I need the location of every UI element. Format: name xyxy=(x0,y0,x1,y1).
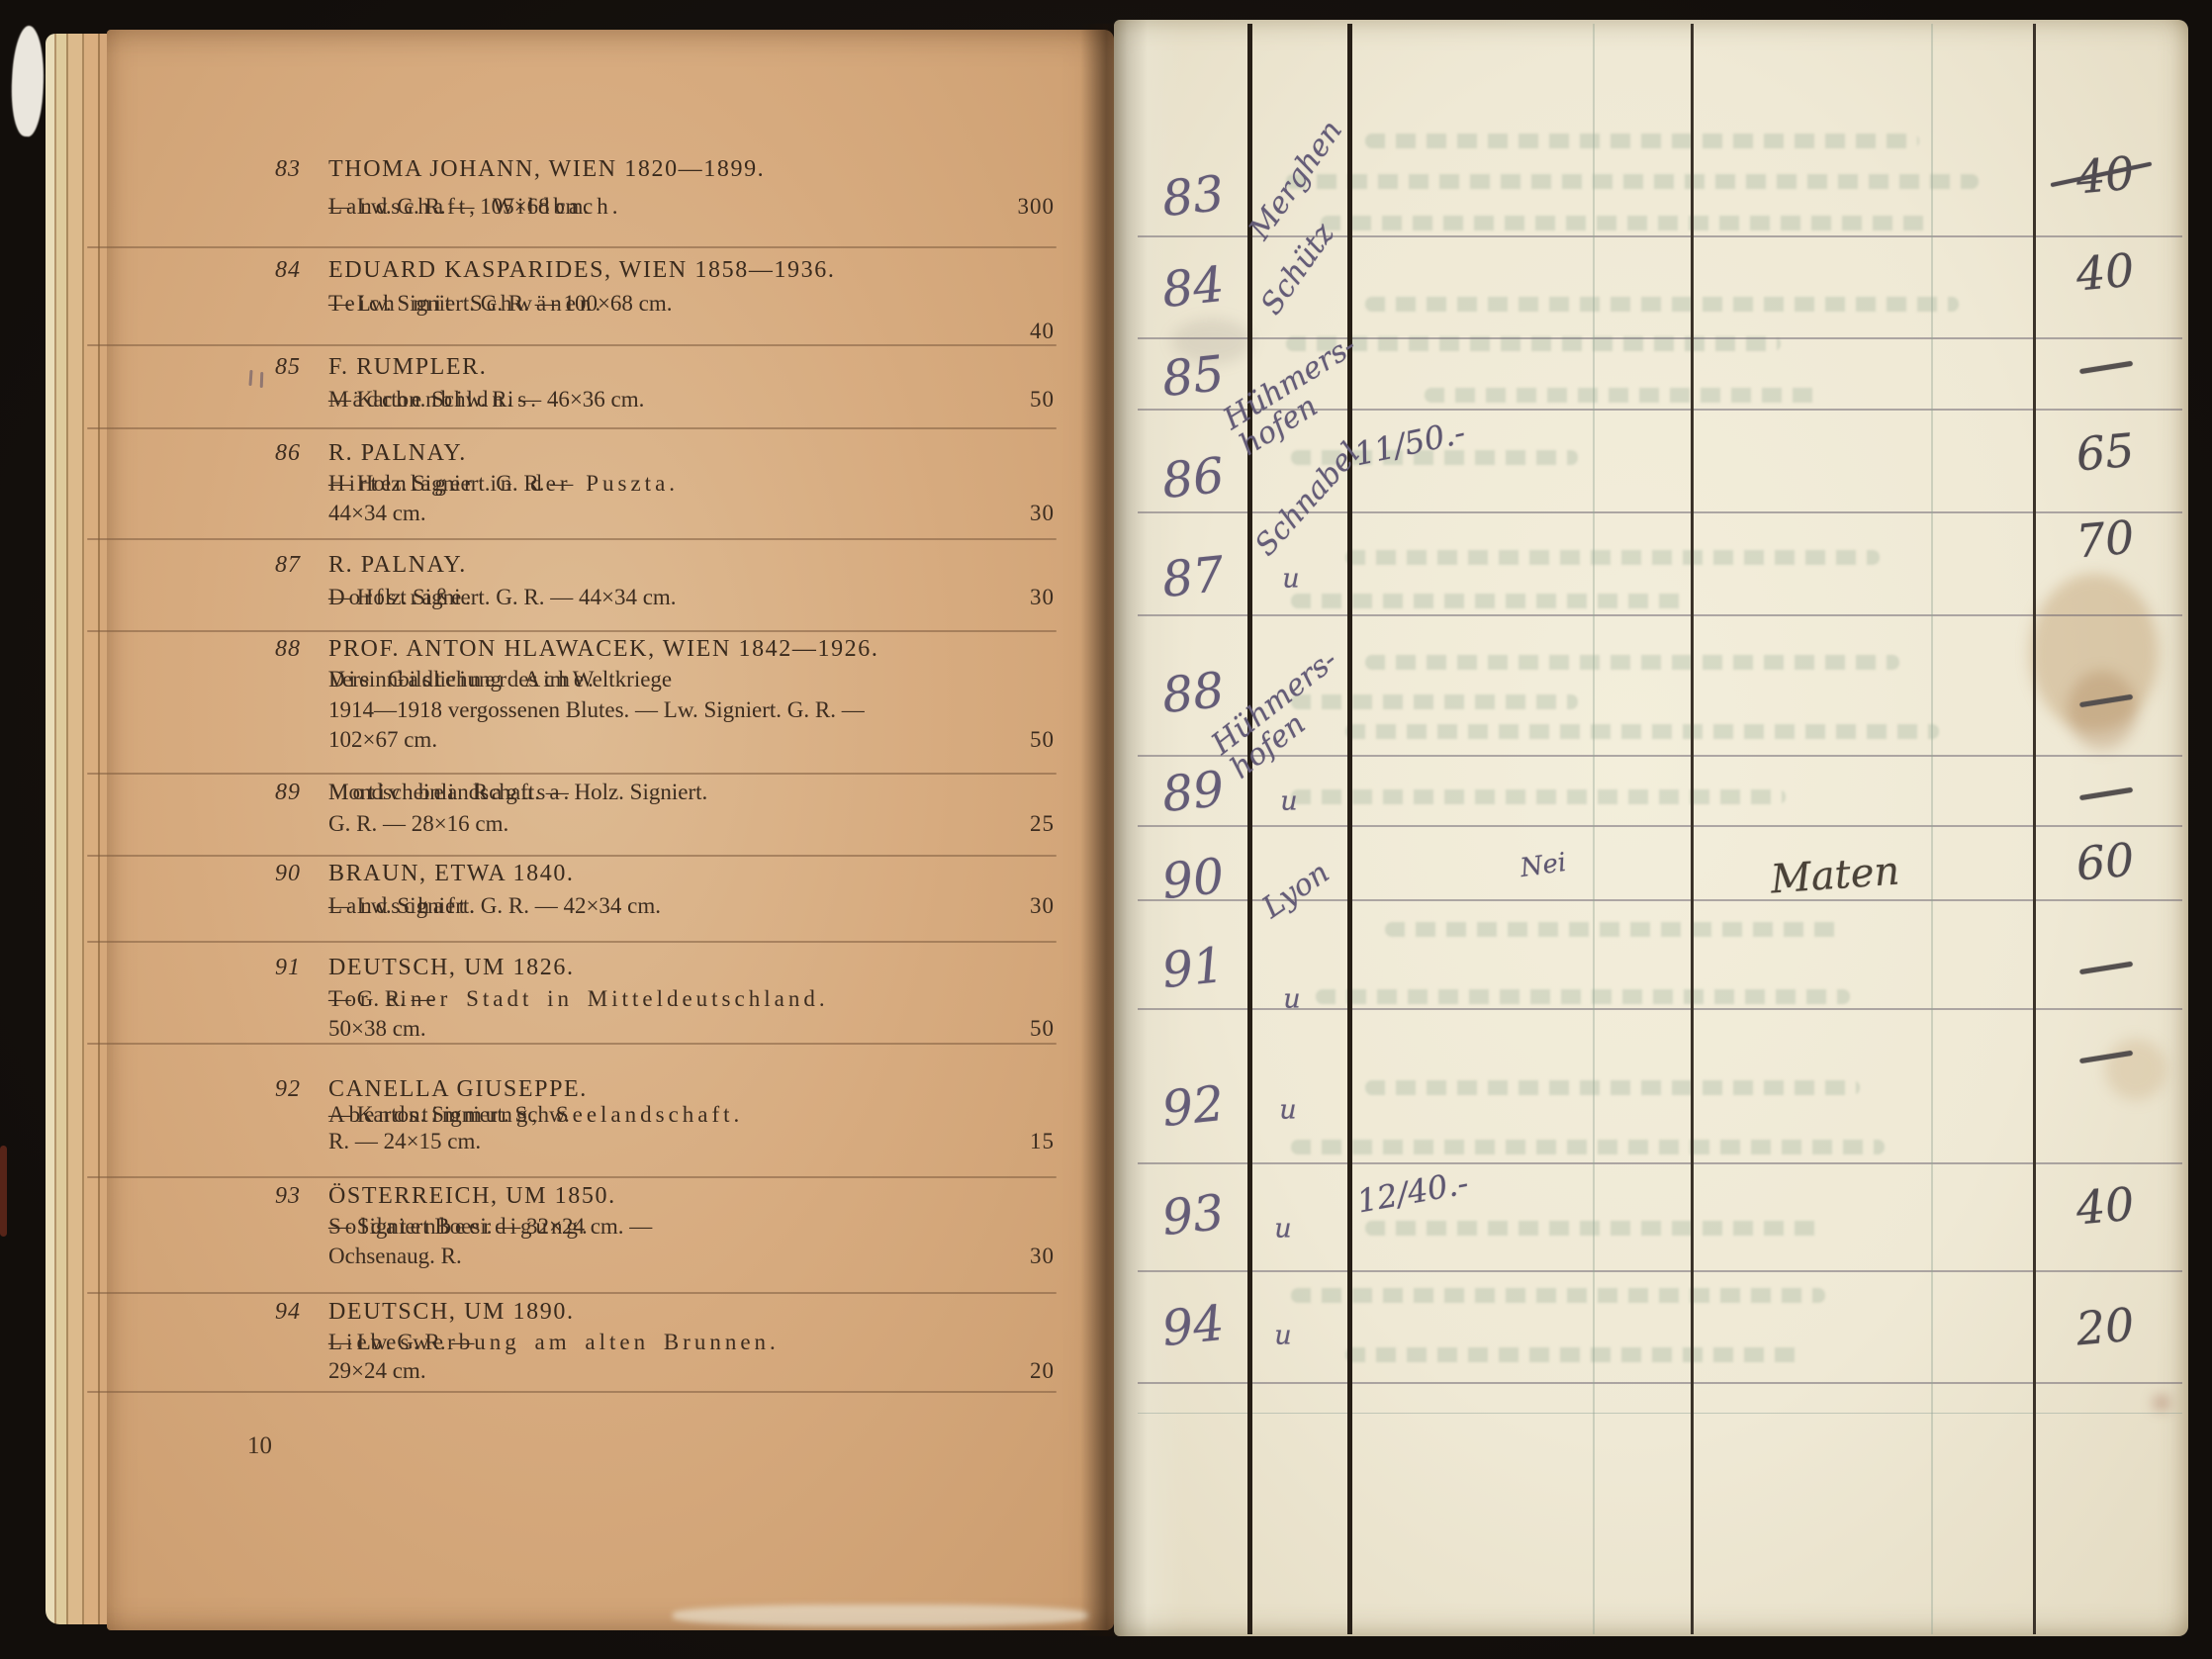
catalog-entry-number: 84 xyxy=(230,257,301,284)
bleedthrough-text xyxy=(1291,789,1786,804)
bleedthrough-text xyxy=(1365,1080,1860,1095)
entry-divider xyxy=(87,427,1057,429)
entry-divider xyxy=(87,344,1057,346)
ledger-entry-number: 84 xyxy=(1143,254,1243,321)
ledger-amount: 40 xyxy=(2038,1173,2172,1238)
ledger-rule-horizontal xyxy=(1138,614,2182,616)
entry-divider xyxy=(87,1391,1057,1393)
ledger-entry-number: 89 xyxy=(1143,759,1243,825)
catalog-artist-header: R. PALNAY. xyxy=(328,552,1055,579)
bleedthrough-text xyxy=(1345,550,1880,565)
ledger-amount: 60 xyxy=(2038,829,2172,893)
bleedthrough-text xyxy=(1345,724,1939,739)
strikethrough-mark xyxy=(2051,162,2153,188)
ledger-page xyxy=(1114,20,2188,1636)
ledger-rule-vertical xyxy=(1347,24,1352,1634)
ledger-rule-horizontal xyxy=(1138,1162,2182,1164)
bleedthrough-text xyxy=(1286,174,1979,189)
ledger-ditto-mark: u xyxy=(1274,1214,1291,1244)
bleedthrough-rule-vertical xyxy=(1593,24,1595,1634)
catalog-price: 50 xyxy=(1030,727,1055,753)
ledger-entry-number: 83 xyxy=(1143,163,1243,230)
catalog-price: 25 xyxy=(1030,811,1055,837)
bleedthrough-text xyxy=(1316,989,1850,1004)
catalog-entry-number: 92 xyxy=(230,1076,301,1103)
ledger-rule-horizontal xyxy=(1138,755,2182,757)
catalog-price: 15 xyxy=(1030,1129,1055,1154)
bleedthrough-text xyxy=(1425,388,1820,403)
ledger-entry-number: 93 xyxy=(1143,1182,1243,1248)
catalog-entry-number: 85 xyxy=(230,354,301,381)
entry-divider xyxy=(87,630,1057,632)
catalog-entry-line: 102×67 cm.50 xyxy=(328,727,1055,753)
entry-divider xyxy=(87,773,1057,775)
catalog-artist-header: DEUTSCH, UM 1890. xyxy=(328,1299,1055,1326)
catalog-entry-number: 93 xyxy=(230,1183,301,1210)
ledger-amount: 65 xyxy=(2038,419,2172,484)
page-stack-edges xyxy=(46,34,111,1624)
worn-bottom-edge xyxy=(673,1605,1088,1626)
catalog-entry-line: 40 xyxy=(328,319,1055,344)
bleedthrough-rule-vertical xyxy=(1931,24,1933,1634)
ledger-ditto-mark: u xyxy=(1282,564,1299,595)
bleedthrough-text xyxy=(1385,922,1840,937)
bleedthrough-text xyxy=(1365,297,1959,312)
catalog-artist-header: ÖSTERREICH, UM 1850. xyxy=(328,1183,1055,1210)
catalog-artist-header: F. RUMPLER. xyxy=(328,354,1055,381)
ledger-annotation-ink: Maten xyxy=(1769,849,1900,903)
catalog-price: 30 xyxy=(1030,585,1055,610)
ledger-entry-number: 92 xyxy=(1143,1073,1243,1140)
catalog-price: 30 xyxy=(1030,1244,1055,1269)
catalog-entry-number: 90 xyxy=(230,861,301,887)
ledger-rule-vertical xyxy=(2033,24,2036,1634)
ledger-rule-horizontal xyxy=(1138,1382,2182,1384)
bleedthrough-text xyxy=(1345,1347,1800,1362)
catalog-entry-line: Landschaft, Wildbach. — Lw. G. R. — 105×… xyxy=(328,194,1055,220)
catalog-artist-header: R. PALNAY. xyxy=(328,440,1055,467)
catalog-price: 30 xyxy=(1030,501,1055,526)
page-number: 10 xyxy=(247,1432,272,1460)
ledger-amount: 70 xyxy=(2038,507,2172,571)
ledger-rule-horizontal xyxy=(1138,337,2182,339)
catalog-entry-line: Landschaft. — Lw. Signiert. G. R. — 42×3… xyxy=(328,893,1055,919)
bleedthrough-rule xyxy=(1138,1413,2182,1414)
catalog-price: 40 xyxy=(1030,319,1055,344)
entry-divider xyxy=(87,1292,1057,1294)
catalog-price: 50 xyxy=(1030,387,1055,413)
bleedthrough-text xyxy=(1291,1140,1885,1154)
pencil-tick xyxy=(260,372,264,388)
ledger-entry-number: 87 xyxy=(1143,544,1243,610)
catalog-entry-line: 50×38 cm.50 xyxy=(328,1016,1055,1042)
ledger-entry-number: 90 xyxy=(1143,846,1243,912)
ledger-ditto-mark: u xyxy=(1283,984,1300,1015)
catalog-entry-number: 94 xyxy=(230,1299,301,1326)
entry-divider xyxy=(87,855,1057,857)
ledger-amount: 20 xyxy=(2038,1294,2172,1358)
ledger-rule-horizontal xyxy=(1138,235,2182,237)
catalog-artist-header: THOMA JOHANN, WIEN 1820—1899. xyxy=(328,156,1055,183)
torn-corner xyxy=(9,25,46,138)
ledger-ditto-mark: u xyxy=(1274,1321,1291,1351)
book-scan: 83THOMA JOHANN, WIEN 1820—1899.Landschaf… xyxy=(0,0,2212,1659)
catalog-entry-line: R. — 24×15 cm.15 xyxy=(328,1129,1055,1154)
catalog-entry-number: 83 xyxy=(230,156,301,183)
ledger-entry-number: 94 xyxy=(1143,1293,1243,1359)
catalog-entry-number: 86 xyxy=(230,440,301,467)
catalog-entry-line: Dorfstraße. — Holz. Signiert. G. R. — 44… xyxy=(328,585,1055,610)
catalog-artist-header: BRAUN, ETWA 1840. xyxy=(328,861,1055,887)
catalog-artist-header: CANELLA GIUSEPPE. xyxy=(328,1076,1055,1103)
ledger-rule-horizontal xyxy=(1138,1270,2182,1272)
catalog-price: 50 xyxy=(1030,1016,1055,1042)
paper-stain xyxy=(2155,1397,2168,1409)
catalog-entry-line: Mädchenbildnis. — Karton. Schw. R. — 46×… xyxy=(328,387,1055,413)
catalog-entry-number: 87 xyxy=(230,552,301,579)
bleedthrough-text xyxy=(1365,655,1899,670)
catalog-artist-header: DEUTSCH, UM 1826. xyxy=(328,955,1055,981)
ledger-rule-vertical xyxy=(1691,24,1694,1634)
bleedthrough-text xyxy=(1291,1288,1825,1303)
catalog-entry-line: 29×24 cm.20 xyxy=(328,1358,1055,1384)
catalog-price: 300 xyxy=(1018,194,1056,220)
ledger-rule-horizontal xyxy=(1138,825,2182,827)
catalog-artist-header: PROF. ANTON HLAWACEK, WIEN 1842—1926. xyxy=(328,636,1055,663)
catalog-entry-number: 91 xyxy=(230,955,301,981)
catalog-entry-number: 88 xyxy=(230,636,301,663)
entry-divider xyxy=(87,1176,1057,1178)
catalog-entry-line: G. R. — 28×16 cm.25 xyxy=(328,811,1055,837)
catalog-price: 20 xyxy=(1030,1358,1055,1384)
entry-divider xyxy=(87,246,1057,248)
catalog-entry-line: 44×34 cm.30 xyxy=(328,501,1055,526)
catalog-entry-line: Ochsenaug. R.30 xyxy=(328,1244,1055,1269)
ledger-ditto-mark: u xyxy=(1280,786,1297,817)
ledger-entry-number: 91 xyxy=(1143,935,1243,1001)
ledger-rule-vertical xyxy=(1247,24,1252,1634)
catalog-price: 30 xyxy=(1030,893,1055,919)
bleedthrough-text xyxy=(1321,216,1934,230)
entry-divider xyxy=(87,941,1057,943)
entry-divider xyxy=(87,538,1057,540)
catalog-artist-header: EDUARD KASPARIDES, WIEN 1858—1936. xyxy=(328,257,1055,284)
bleedthrough-text xyxy=(1365,134,1919,148)
ledger-amount: 40 xyxy=(2038,239,2172,304)
ledger-entry-number: 86 xyxy=(1143,445,1243,511)
red-edge-mark xyxy=(0,1146,7,1237)
catalog-entry-number: 89 xyxy=(230,780,301,806)
ledger-amount: 40 xyxy=(2038,142,2172,207)
entry-divider xyxy=(87,1043,1057,1045)
ledger-ditto-mark: u xyxy=(1279,1095,1296,1126)
ledger-note: Nei xyxy=(1519,848,1568,883)
